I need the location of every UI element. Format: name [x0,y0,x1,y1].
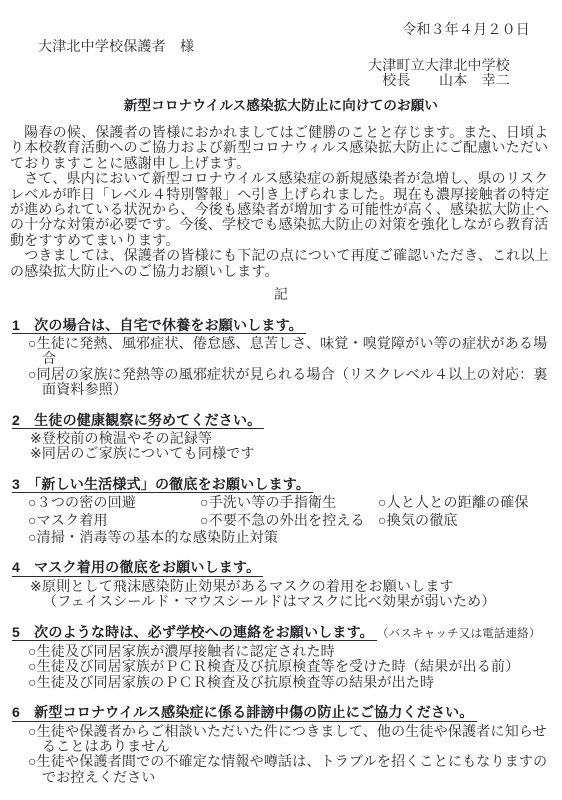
list-item-circle: ○換気の徹底 [378,513,552,528]
recipient: 大津北中学校保護者 様 [10,39,552,54]
list-item-note: ※同居のご家族についても同様です [30,446,552,461]
list-item-circle: ○生徒や保護者からご相談いただいた件につきまして、他の生徒や保護者に知らせること… [28,724,552,755]
list-item-subnote: （フェイスシールド・マウスシールドはマスクに比べ効果が弱いため） [43,594,552,609]
list-item-circle: ○生徒及び同居家族がＰＣＲ検査及び抗原検査等を受けた時（結果が出る前） [28,659,552,674]
section-new-lifestyle: 3 「新しい生活様式」の徹底をお願いします。 ○３つの密の回避 ○手洗い等の手指… [10,477,552,546]
list-item-circle: ○清掃・消毒等の基本的な感染防止対策 [28,530,552,545]
paragraph-greeting: 陽春の候、保護者の皆様におかれましてはご健勝のことと存じます。また、日頃より本校… [10,125,552,171]
section-3-heading: 3 「新しい生活様式」の徹底をお願いします。 [10,477,552,493]
list-item-note: ※登校前の検温やその記録等 [30,431,552,446]
document-page: 令和３年４月２０日 大津北中学校保護者 様 大津町立大津北中学校 校長 山本 幸… [0,0,562,800]
section-contact-school: 5 次のような時は、必ず学校への連絡をお願いします。（バスキャッチ又は電話連絡）… [10,625,552,691]
paragraph-situation: さて、県内において新型コロナウイルス感染症の新規感染者が急増し、県のリスクレベル… [10,171,552,248]
list-item-circle: ○同居の家族に発熱等の風邪症状が見られる場合（リスクレベル４以上の対応：裏面資料… [28,367,552,398]
section-5-heading: 5 次のような時は、必ず学校への連絡をお願いします。（バスキャッチ又は電話連絡） [10,625,552,642]
document-title: 新型コロナウイルス感染拡大防止に向けてのお願い [10,98,552,113]
ki-marker: 記 [10,287,552,302]
section-5-heading-suffix: （バスキャッチ又は電話連絡） [377,628,541,640]
list-item-circle: ○マスク着用 [28,513,200,528]
section-2-heading: 2 生徒の健康観察に努めてください。 [10,413,552,429]
list-item-circle: ○生徒に発熱、風邪症状、倦怠感、息苦しさ、味覚・嗅覚障がい等の症状がある場合 [28,336,552,367]
list-item-circle: ○手洗い等の手指衛生 [200,495,378,510]
section-health-observation: 2 生徒の健康観察に努めてください。 ※登校前の検温やその記録等 ※同居のご家族… [10,413,552,462]
section-6-heading: 6 新型コロナウイルス感染症に係る誹謗中傷の防止にご協力ください。 [10,705,552,721]
list-item-circle: ○人と人との距離の確保 [378,495,552,510]
list-item-circle: ○３つの密の回避 [28,495,200,510]
section-4-heading: 4 マスク着用の徹底をお願いします。 [10,560,552,576]
principal-name: 校長 山本 幸二 [10,73,510,88]
section-home-rest: 1 次の場合は、自宅で休養をお願いします。 ○生徒に発熱、風邪症状、倦怠感、息苦… [10,318,552,398]
document-date: 令和３年４月２０日 [10,22,552,37]
school-name: 大津町立大津北中学校 [10,58,510,73]
list-item-circle: ○生徒及び同居家族が濃厚接触者に認定された時 [28,644,552,659]
list-item-circle: ○生徒及び同居家族のＰＣＲ検査及び抗原検査等の結果が出た時 [28,675,552,690]
section-1-heading: 1 次の場合は、自宅で休養をお願いします。 [10,318,552,334]
list-item-note: ※原則として飛沫感染防止効果があるマスクの着用をお願いします [30,579,552,594]
section-mask-wearing: 4 マスク着用の徹底をお願いします。 ※原則として飛沫感染防止効果があるマスクの… [10,560,552,609]
list-item-circle: ○不要不急の外出を控える [200,513,378,528]
paragraph-request: つきましては、保護者の皆様にも下記の点について再度ご確認いただき、これ以上の感染… [10,248,552,279]
lifestyle-grid: ○３つの密の回避 ○手洗い等の手指衛生 ○人と人との距離の確保 ○マスク着用 ○… [28,495,552,545]
sender-block: 大津町立大津北中学校 校長 山本 幸二 [10,58,552,89]
list-item-circle: ○生徒や保護者間での不確定な情報や噂話は、トラブルを招くことにもなりますのでお控… [28,754,552,785]
section-anti-slander: 6 新型コロナウイルス感染症に係る誹謗中傷の防止にご協力ください。 ○生徒や保護… [10,705,552,785]
